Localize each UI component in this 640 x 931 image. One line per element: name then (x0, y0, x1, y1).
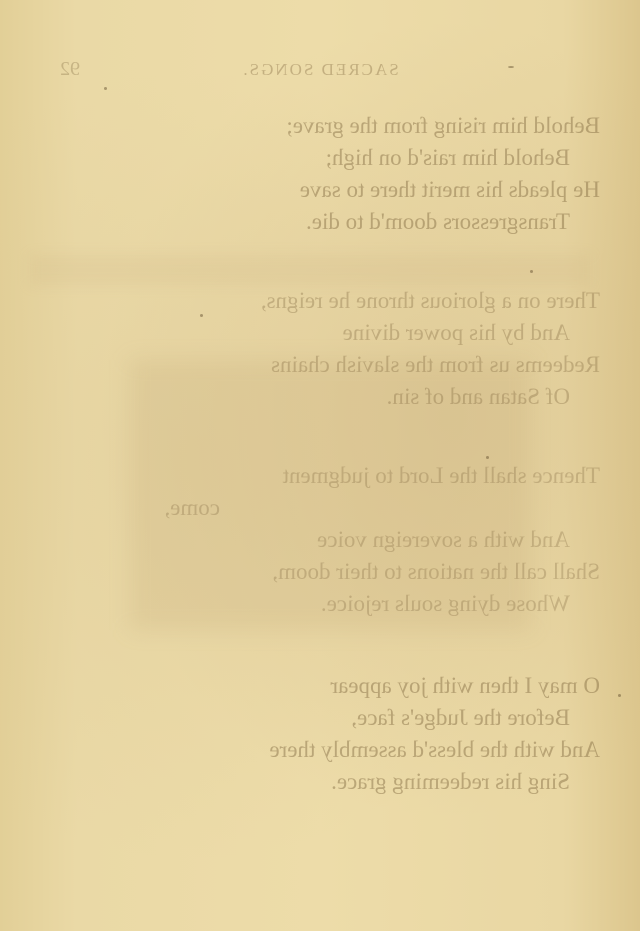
verse-line: Thence shall the Lord to judgment (40, 460, 600, 492)
verse-line: He pleads his merit there to save (40, 174, 600, 206)
verse-line: There on a glorious throne he reigns, (40, 285, 600, 317)
stanza-2: There on a glorious throne he reigns, An… (40, 285, 600, 413)
verse-line: Whose dying souls rejoice. (40, 588, 600, 620)
verse-line: Behold him rais'd on high; (40, 142, 600, 174)
verse-line: Before the Judge's face, (40, 702, 600, 734)
page-number: 92 (60, 58, 80, 81)
verse-line: Sing his redeeming grace. (40, 766, 600, 798)
verse-line: And with a sovereign voice (40, 524, 600, 556)
verse-line: Redeems us from the slavish chains (40, 349, 600, 381)
verse-line: Of Satan and of sin. (40, 381, 600, 413)
running-head: SACRED SONGS. (210, 60, 430, 80)
stanza-3: Thence shall the Lord to judgment come, … (40, 460, 600, 620)
book-page: 92 SACRED SONGS. Behold him rising from … (0, 0, 640, 931)
bleed-through-text: 92 SACRED SONGS. Behold him rising from … (0, 0, 640, 931)
page-header: 92 SACRED SONGS. (0, 58, 640, 88)
verse-line: O may I then with joy appear (40, 670, 600, 702)
verse-line: Shall call the nations to their doom, (40, 556, 600, 588)
verse-line: Transgressors doom'd to die. (40, 206, 600, 238)
verse-line: And with the bless'd assembly there (40, 734, 600, 766)
verse-line: come, (40, 492, 600, 524)
verse-line: Behold him rising from the grave; (40, 110, 600, 142)
stanza-1: Behold him rising from the grave; Behold… (40, 110, 600, 238)
stanza-4: O may I then with joy appear Before the … (40, 670, 600, 798)
verse-line: And by his power divine (40, 317, 600, 349)
